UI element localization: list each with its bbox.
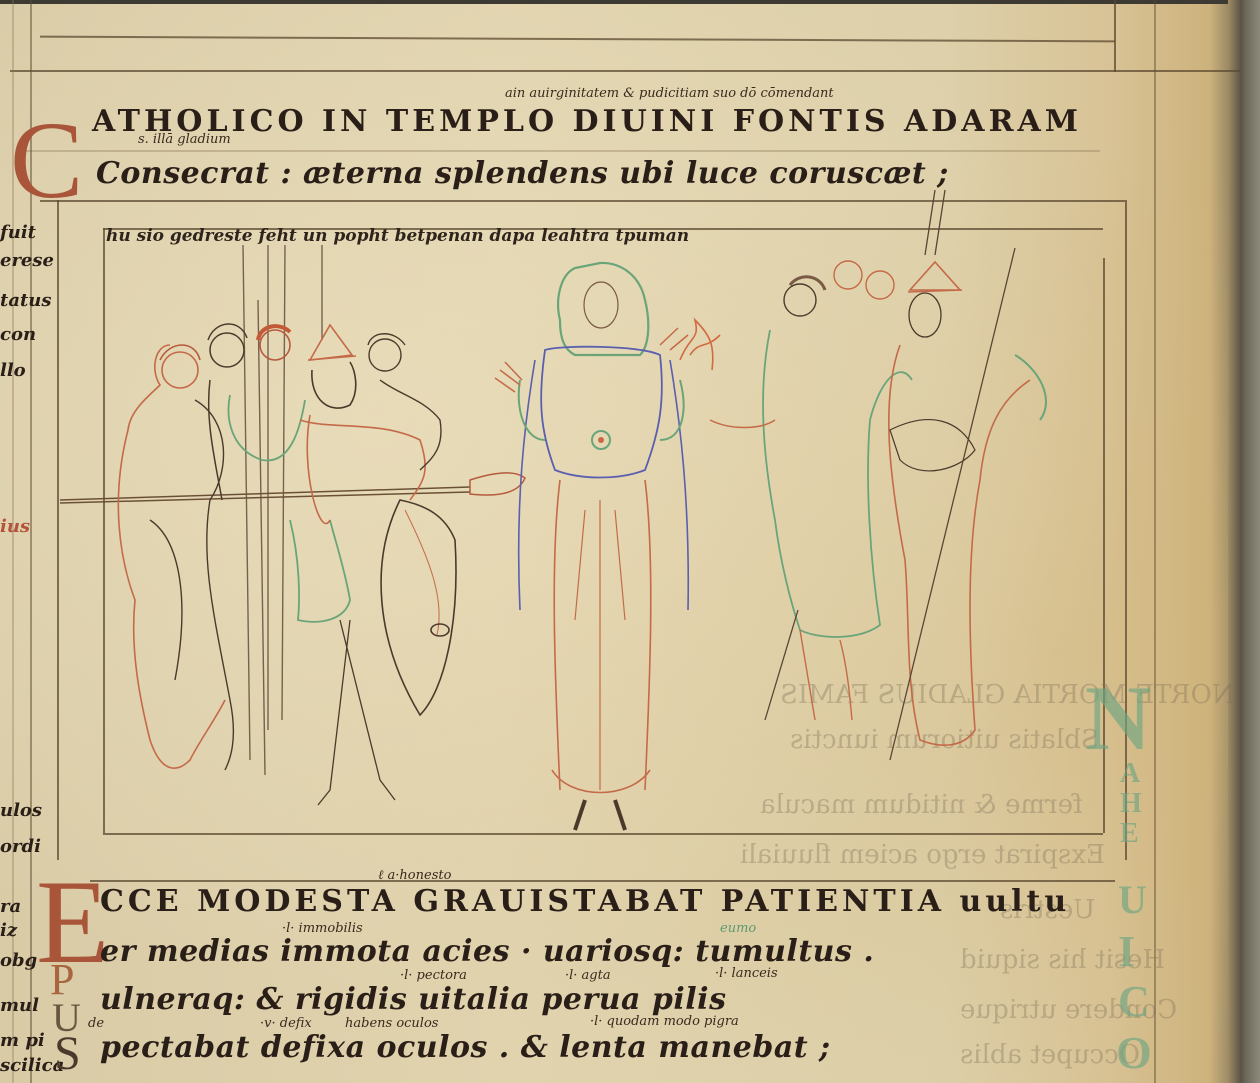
interlinear-gloss: ·l· pectora bbox=[400, 968, 467, 983]
interlinear-gloss: ·l· lanceis bbox=[715, 966, 778, 981]
illustration-drawing bbox=[0, 0, 1260, 1083]
interlinear-gloss: ·v· defix bbox=[260, 1016, 312, 1031]
verse-line-5: ulneraq: & rigidis uitalia perua pilis bbox=[100, 982, 726, 1017]
figure-left-2 bbox=[208, 324, 247, 500]
verse-line-4: er medias immota acies · uariosq: tumult… bbox=[100, 934, 874, 969]
figure-right-capped-spear bbox=[889, 262, 1046, 745]
interlinear-gloss: de bbox=[88, 1016, 104, 1031]
figure-right-background bbox=[834, 261, 894, 299]
interlinear-gloss: ℓ a·honesto bbox=[378, 867, 451, 883]
interlinear-gloss: habens oculos bbox=[345, 1016, 438, 1031]
figure-right-youth-green bbox=[710, 277, 912, 720]
figure-left-3 bbox=[258, 326, 290, 360]
shield bbox=[381, 500, 456, 715]
stacked-initial-s: S bbox=[54, 1030, 81, 1078]
interlinear-gloss: ·l· agta bbox=[565, 968, 611, 983]
verse-line-3: CCE MODESTA GRAUISTABAT PATIENTIA uultu bbox=[100, 884, 1070, 919]
manuscript-page: NORTE MORTIA GLADIUS FAMIS Sblatis uitio… bbox=[0, 0, 1260, 1083]
central-virtue-figure bbox=[495, 263, 688, 830]
figure-left-5 bbox=[368, 334, 441, 470]
flame-icon bbox=[680, 320, 720, 370]
verse-line-6: pectabat defixa oculos . & lenta manebat… bbox=[100, 1030, 831, 1065]
interlinear-gloss: ·l· quodam modo pigra bbox=[590, 1014, 739, 1029]
